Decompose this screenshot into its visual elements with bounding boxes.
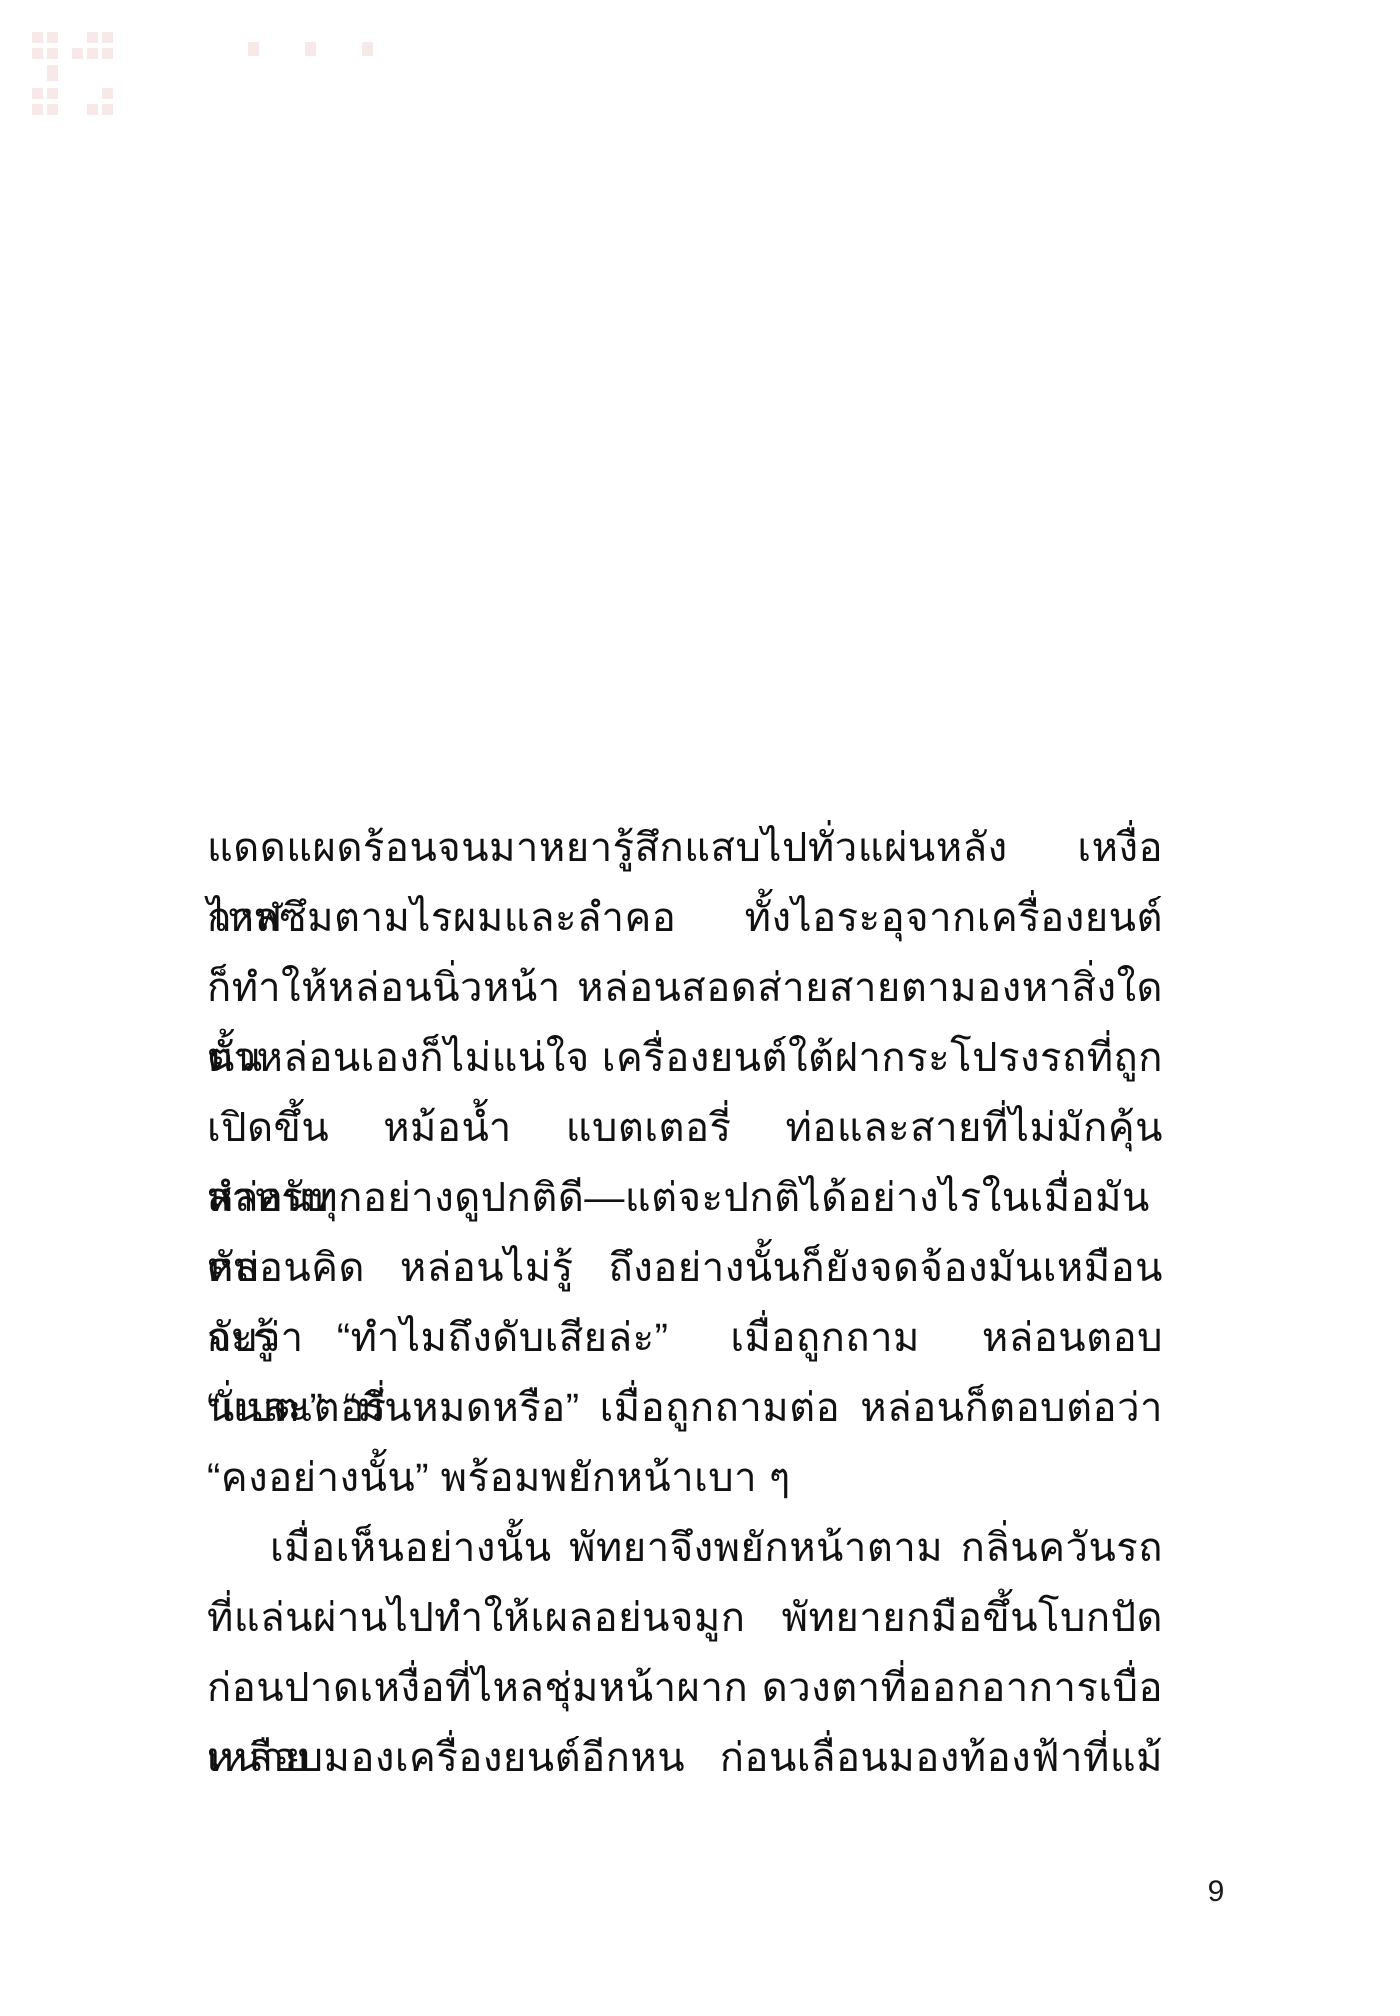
text-line: หล่อนคิด หล่อนไม่รู้ ถึงอย่างนั้นก็ยังจด… — [207, 1233, 1163, 1303]
text-line: แดดแผดร้อนจนมาหยารู้สึกแสบไปทั่วแผ่นหลัง… — [207, 813, 1163, 883]
text-line: ที่แล่นผ่านไปทำให้เผลอย่นจมูก พัทยายกมือ… — [207, 1583, 1163, 1653]
text-line: เหลือบมองเครื่องยนต์อีกหน ก่อนเลื่อนมองท… — [207, 1723, 1163, 1793]
page-number: 9 — [1196, 1872, 1236, 1912]
book-page: แดดแผดร้อนจนมาหยารู้สึกแสบไปทั่วแผ่นหลัง… — [0, 0, 1400, 2016]
text-line: ไหลซึมตามไรผมและลำคอ ทั้งไอระอุจากเครื่อ… — [207, 883, 1163, 953]
text-line: หล่อนทุกอย่างดูปกติดี—แต่จะปกติได้อย่างไ… — [207, 1163, 1163, 1233]
text-line: ก็ทำให้หล่อนนิ่วหน้า หล่อนสอดส่ายสายตามอ… — [207, 953, 1163, 1023]
text-line: ก่อนปาดเหงื่อที่ไหลชุ่มหน้าผาก ดวงตาที่อ… — [207, 1653, 1163, 1723]
faint-stamp-marks — [0, 0, 400, 130]
text-line-paragraph-start: เมื่อเห็นอย่างนั้น พัทยาจึงพยักหน้าตาม ก… — [207, 1513, 1163, 1583]
text-line: เปิดขึ้น หม้อน้ำ แบตเตอรี่ ท่อและสายที่ไ… — [207, 1093, 1163, 1163]
body-text: แดดแผดร้อนจนมาหยารู้สึกแสบไปทั่วแผ่นหลัง… — [207, 813, 1163, 1793]
text-line-paragraph-end: “คงอย่างนั้น” พร้อมพยักหน้าเบา ๆ — [207, 1443, 1163, 1513]
text-line: นั่นละ” “มันหมดหรือ” เมื่อถูกถามต่อ หล่อ… — [207, 1373, 1163, 1443]
text-line: จะรู้ “ทำไมถึงดับเสียล่ะ” เมื่อถูกถาม หล… — [207, 1303, 1163, 1373]
text-line: ตัวหล่อนเองก็ไม่แน่ใจ เครื่องยนต์ใต้ฝากร… — [207, 1023, 1163, 1093]
